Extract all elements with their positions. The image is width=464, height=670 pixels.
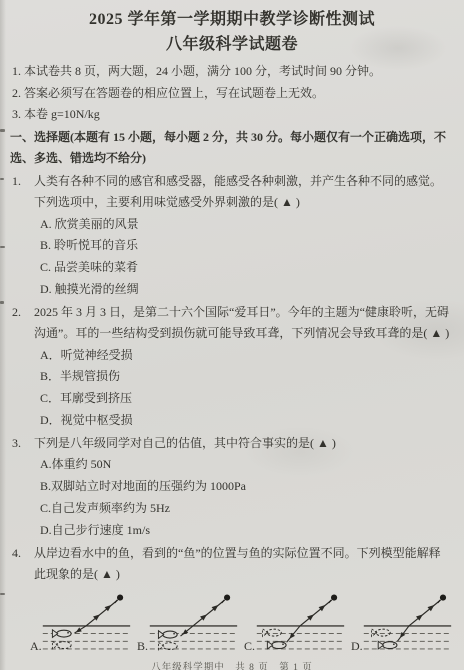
refraction-figure-d-svg (359, 588, 455, 660)
question-1-option-d: D. 触摸光滑的丝绸 (10, 279, 454, 301)
question-1-option-a: A. 欣赏美丽的风景 (10, 214, 454, 236)
question-2-stem: 2025 年 3 月 3 日，是第二十六个国际“爱耳日”。今年的主题为“健康聆听… (34, 302, 454, 345)
exam-title-line1: 2025 学年第一学期期中教学诊断性测试 (10, 8, 454, 31)
fish-solid (52, 629, 71, 637)
fish-solid (158, 630, 177, 638)
refraction-figure-b-svg (145, 588, 241, 660)
refraction-diagram-b: B. (137, 587, 240, 661)
question-2-option-c: C．耳廓受到挤压 (10, 388, 454, 410)
page-footer: 八年级科学期中 共 8 页 第 1 页 (10, 661, 454, 670)
question-2-option-a: A．听觉神经受损 (10, 345, 454, 367)
eye-icon (331, 594, 337, 600)
question-2-number: 2. (10, 302, 34, 345)
fish-image-dashed (263, 628, 282, 636)
question-2-option-d: D．视觉中枢受损 (10, 410, 454, 432)
question-1-option-b: B. 聆听悦耳的音乐 (10, 235, 454, 257)
question-3: 3. 下列是八年级同学对自己的估值，其中符合事实的是( ▲ ) (10, 433, 454, 455)
eye-icon (440, 594, 446, 600)
refraction-figure-a-svg (38, 588, 134, 660)
question-1-number: 1. (10, 171, 34, 214)
question-2: 2. 2025 年 3 月 3 日，是第二十六个国际“爱耳日”。今年的主题为“健… (10, 302, 454, 345)
notice-answersheet: 2. 答案必须写在答题卷的相应位置上，写在试题卷上无效。 (10, 83, 454, 105)
refraction-figure-c-svg (252, 588, 348, 660)
eye-icon (117, 594, 123, 600)
question-1-option-c: C. 品尝美味的菜肴 (10, 257, 454, 279)
question-3-number: 3. (10, 433, 34, 455)
question-4-stem: 从岸边看水中的鱼，看到的“鱼”的位置与鱼的实际位置不同。下列模型能解释此现象的是… (34, 543, 454, 586)
question-3-option-a: A.体重约 50N (10, 454, 454, 476)
section-header-choice: 一、选择题(本题有 15 小题，每小题 2 分，共 30 分。每小题仅有一个正确… (10, 127, 454, 170)
question-4: 4. 从岸边看水中的鱼，看到的“鱼”的位置与鱼的实际位置不同。下列模型能解释此现… (10, 543, 454, 586)
refraction-diagram-c: C. (244, 587, 347, 661)
question-1: 1. 人类有各种不同的感官和感受器，能感受各种刺激，并产生各种不同的感觉。下列选… (10, 171, 454, 214)
eye-icon (224, 594, 230, 600)
fish-image-dashed (52, 641, 71, 649)
question-3-stem: 下列是八年级同学对自己的估值，其中符合事实的是( ▲ ) (34, 433, 454, 455)
refraction-diagram-d: D. (351, 587, 454, 661)
scanned-exam-page: 2025 学年第一学期期中教学诊断性测试 八年级科学试题卷 1. 本试卷共 8 … (0, 0, 464, 670)
fish-solid (378, 641, 397, 649)
notice-gravity-constant: 3. 本卷 g=10N/kg (10, 104, 454, 126)
exam-title-line2: 八年级科学试题卷 (10, 31, 454, 58)
fish-image-dashed (371, 628, 390, 636)
refraction-diagram-a: A. (30, 587, 133, 661)
question-3-option-b: B.双脚站立时对地面的压强约为 1000Pa (10, 476, 454, 498)
question-3-option-c: C.自己发声频率约为 5Hz (10, 498, 454, 520)
question-4-figures: A. (30, 587, 454, 661)
notice-pages: 1. 本试卷共 8 页，两大题，24 小题，满分 100 分，考试时间 90 分… (10, 61, 454, 83)
question-4-number: 4. (10, 543, 34, 586)
question-1-stem: 人类有各种不同的感官和感受器，能感受各种刺激，并产生各种不同的感觉。下列选项中，… (34, 171, 454, 214)
fish-solid (267, 641, 286, 649)
question-3-option-d: D.自己步行速度 1m/s (10, 520, 454, 542)
question-2-option-b: B．半规管损伤 (10, 366, 454, 388)
